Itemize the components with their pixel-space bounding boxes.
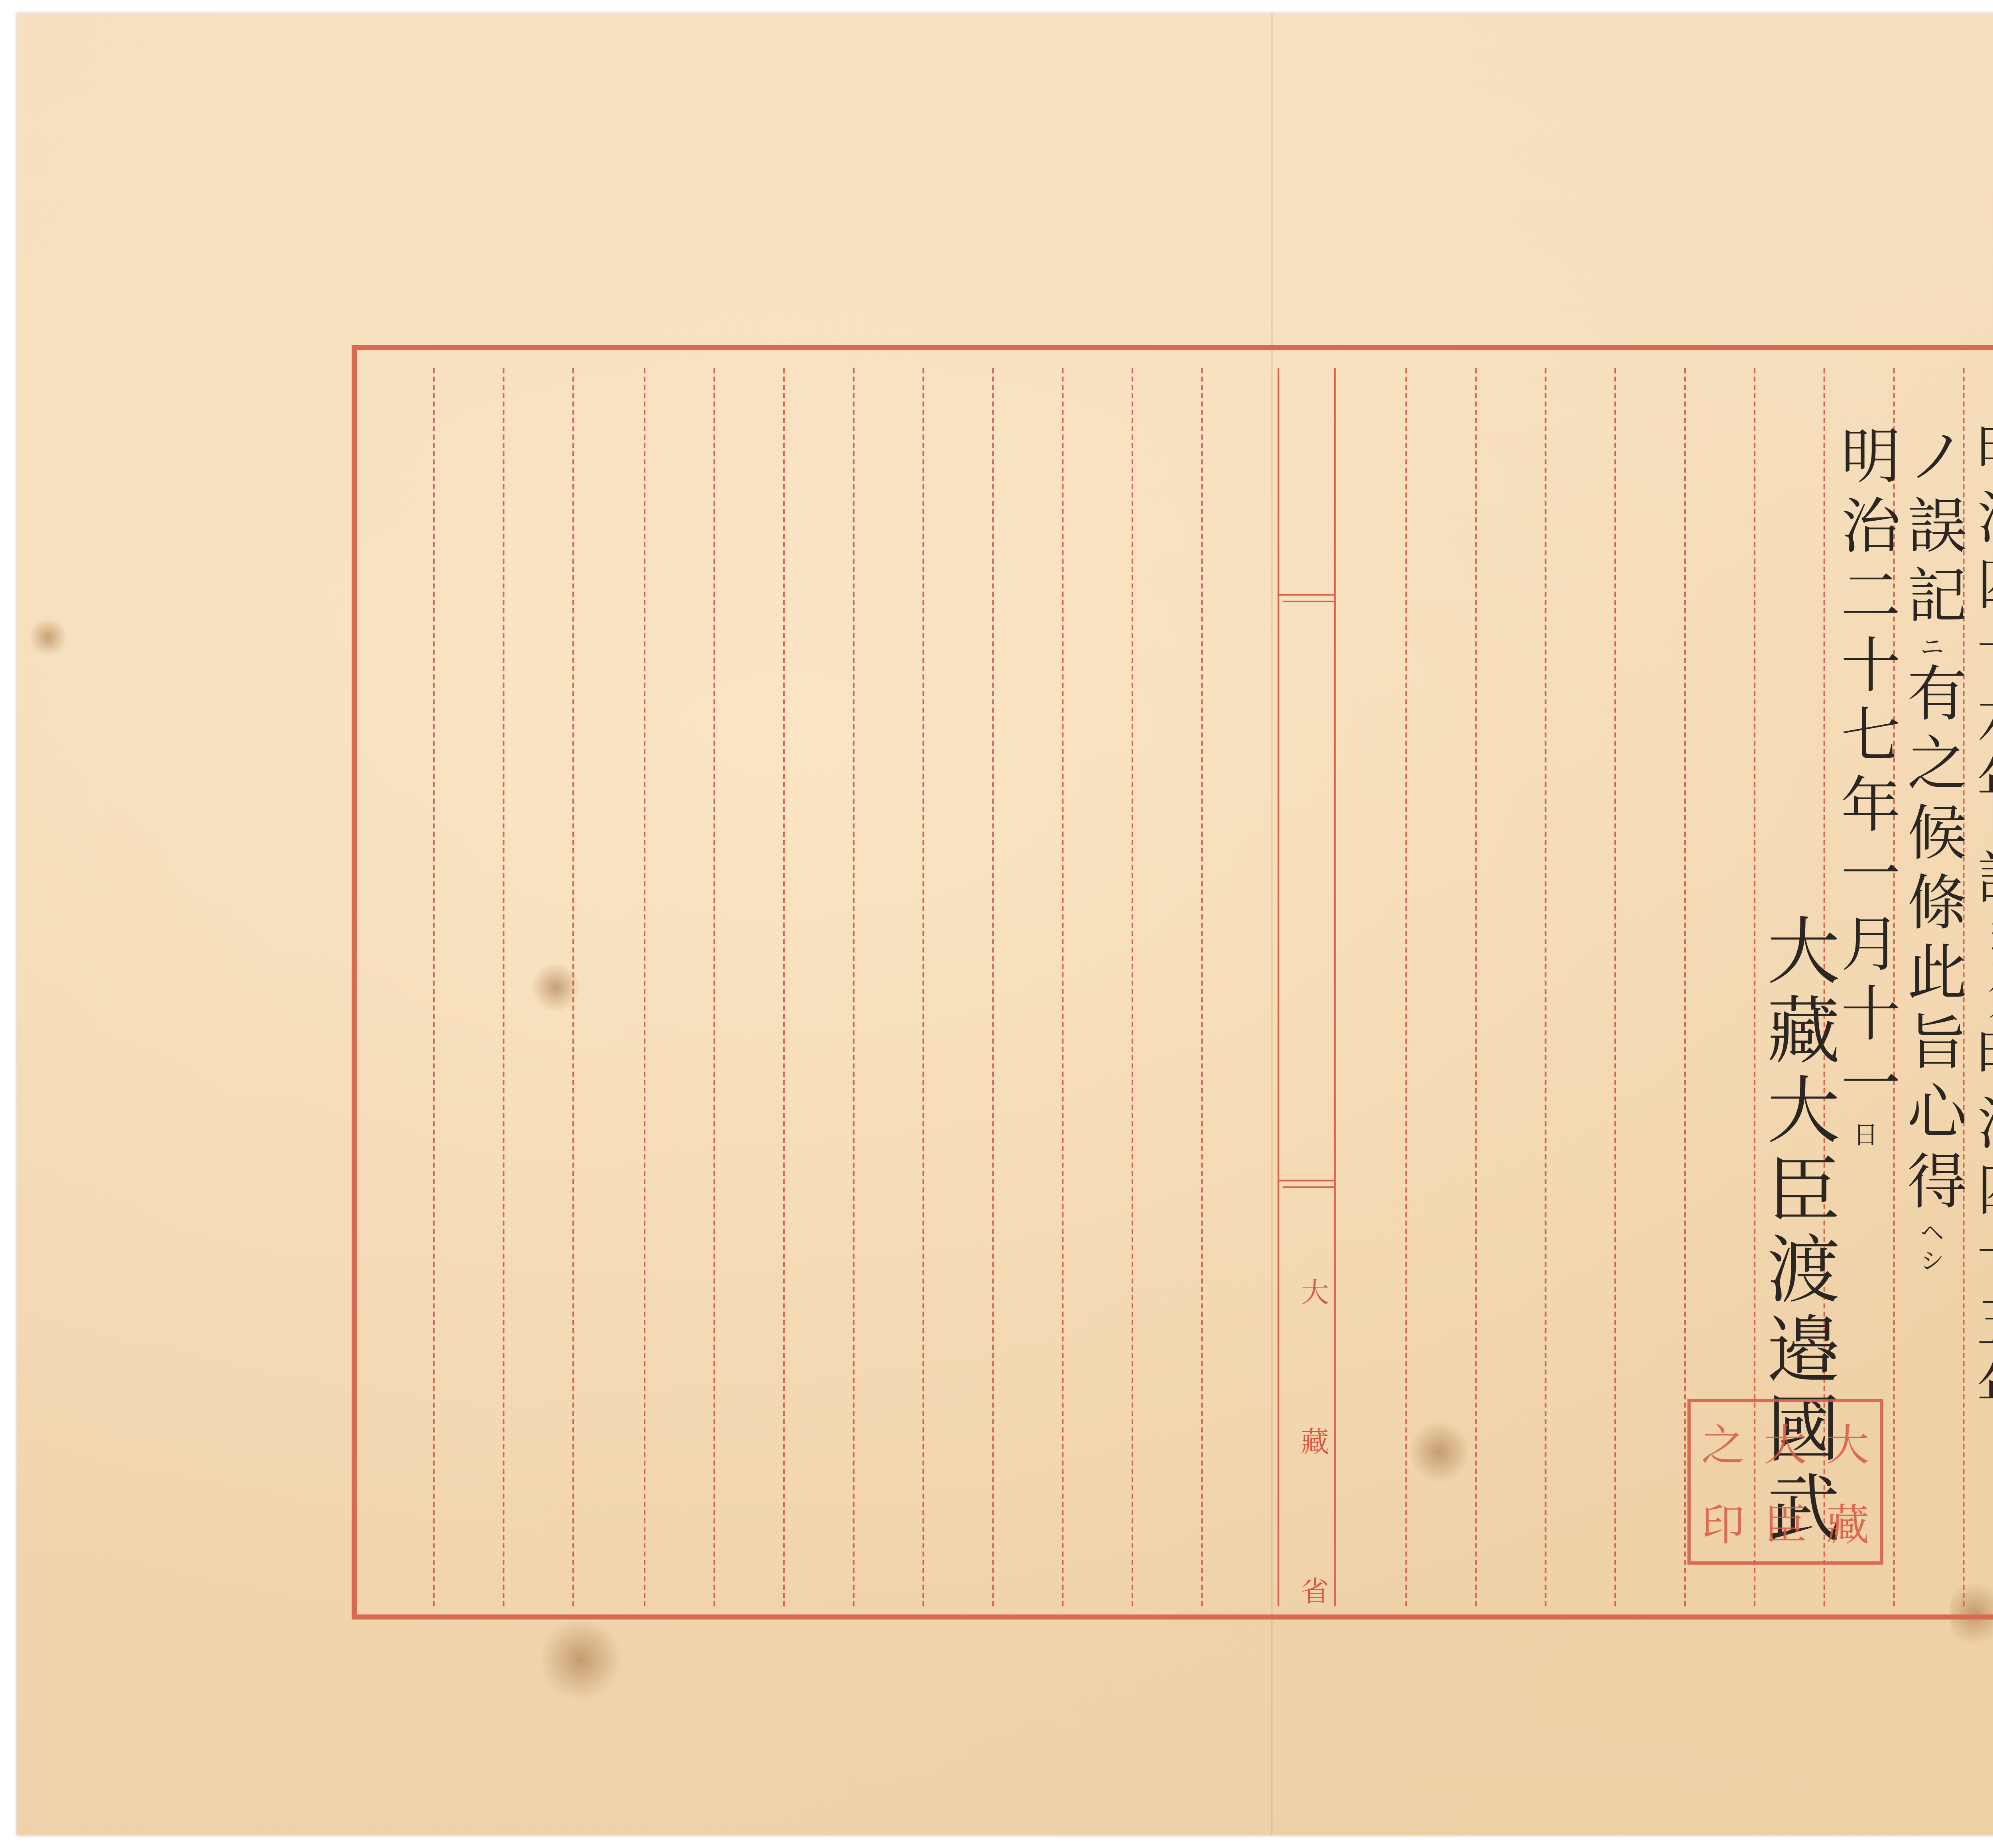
ruling-line	[853, 368, 855, 1606]
body-text: ノ誤記	[1898, 425, 1966, 634]
seal-char: 大	[1816, 1411, 1879, 1473]
body-column-3: ノ誤記ニ有之候條此旨心得ヘシ	[1901, 425, 1961, 1276]
body-text: 明治四十五年	[1966, 1027, 1993, 1425]
fold-column-left-line	[1278, 368, 1279, 1606]
stain	[539, 1618, 622, 1701]
ruling-line	[1545, 368, 1546, 1606]
date-text: 明治二十七年一月十一	[1832, 425, 1900, 1122]
fold-label-char: 大	[1291, 1278, 1333, 1306]
fold-label-char: 省	[1291, 1576, 1333, 1604]
body-text: 有之候條此旨心得	[1898, 662, 1966, 1220]
body-small-kana: ト	[1984, 820, 1993, 848]
ruling-line	[1475, 368, 1477, 1606]
body-text: 記	[1966, 848, 1993, 914]
body-small-kana: ニ	[1916, 634, 1946, 662]
ruling-line	[922, 368, 924, 1606]
ruling-line	[433, 368, 434, 1606]
seal-char: 臣	[1754, 1491, 1817, 1552]
body-small-kana: シアルハ	[1984, 914, 1993, 1027]
fold-marker-bottom	[1283, 1186, 1334, 1188]
fold-marker-top	[1278, 594, 1334, 596]
ruling-line	[1201, 368, 1203, 1606]
stain	[30, 617, 67, 657]
fold-marker-top	[1283, 601, 1334, 602]
body-small-kana: ヘシ	[1916, 1220, 1946, 1276]
ruling-line	[1614, 368, 1616, 1606]
ruling-line	[1405, 368, 1407, 1606]
minister-seal: 大 大 之 藏 臣 印	[1687, 1399, 1883, 1565]
ruling-line	[783, 368, 785, 1606]
ruling-line	[572, 368, 574, 1606]
fold-label-char: 藏	[1291, 1427, 1333, 1455]
seal-char: 藏	[1816, 1491, 1879, 1552]
seal-char: 印	[1692, 1491, 1754, 1552]
fold-column-right-line	[1334, 368, 1336, 1606]
document-stage: 大 藏 省 官房 秘第 三 号 日本銀行 其銀行創立ノ際下付セシ營業免状ニ 明治…	[0, 0, 1993, 1848]
ruling-line	[1132, 368, 1133, 1606]
date-column: 明治二十七年一月十一日	[1835, 425, 1895, 1150]
date-day-char: 日	[1850, 1122, 1880, 1150]
ruling-line	[503, 368, 504, 1606]
ruling-line	[644, 368, 645, 1606]
ruling-line	[1684, 368, 1686, 1606]
body-text: 明治四十六年	[1966, 421, 1993, 820]
fold-marker-bottom	[1278, 1180, 1334, 1182]
ruling-line	[713, 368, 715, 1606]
seal-char: 大	[1754, 1411, 1817, 1473]
ruling-line	[992, 368, 994, 1606]
ruling-line	[1062, 368, 1063, 1606]
body-column-2: 明治四十六年ト記シアルハ明治四十五年	[1971, 421, 1993, 1425]
seal-char: 之	[1692, 1411, 1754, 1473]
